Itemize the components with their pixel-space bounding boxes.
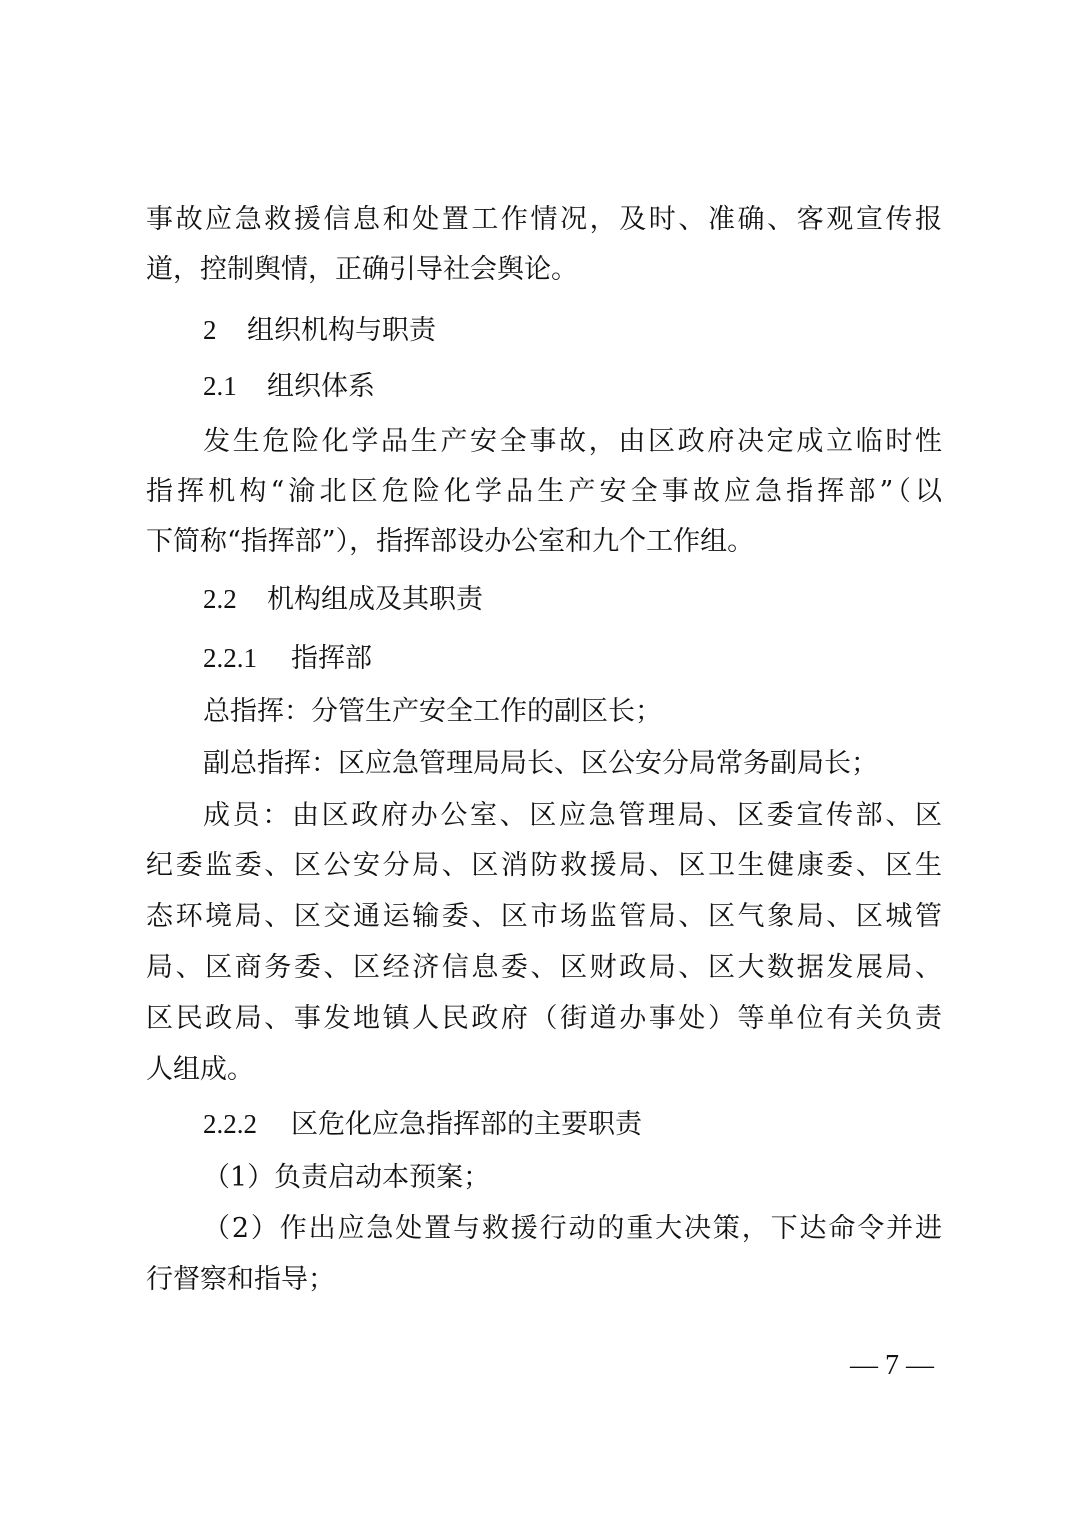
paragraph-line: 指挥机构“渝北区危险化学品生产安全事故应急指挥部”（以 (146, 474, 942, 510)
paragraph-line: 道，控制舆情，正确引导社会舆论。 (146, 252, 942, 288)
section-title: 组织机构与职责 (247, 315, 436, 346)
duty-item: 行督察和指导； (146, 1262, 942, 1298)
members-line: 成员：由区政府办公室、区应急管理局、区委宣传部、区 (203, 798, 942, 834)
paragraph-line: 下简称“指挥部”），指挥部设办公室和九个工作组。 (146, 524, 942, 560)
members-line: 局、区商务委、区经济信息委、区财政局、区大数据发展局、 (146, 950, 942, 986)
section-title: 指挥部 (291, 643, 372, 674)
section-number: 2.2.2 (203, 1106, 291, 1142)
deputy-commander-line: 副总指挥：区应急管理局局长、区公安分局常务副局长； (203, 746, 942, 782)
section-number: 2.1 (203, 368, 267, 404)
paragraph-line: 发生危险化学品生产安全事故，由区政府决定成立临时性 (203, 424, 942, 460)
section-number: 2.2 (203, 581, 267, 617)
paragraph-line: 事故应急救援信息和处置工作情况，及时、准确、客观宣传报 (146, 202, 942, 238)
section-heading-2-2-1: 2.2.1指挥部 (203, 640, 942, 677)
duty-item: （2）作出应急处置与救援行动的重大决策，下达命令并进 (203, 1211, 942, 1247)
section-number: 2.2.1 (203, 640, 291, 676)
members-line: 区民政局、事发地镇人民政府（街道办事处）等单位有关负责 (146, 1001, 942, 1037)
members-line: 人组成。 (146, 1052, 942, 1088)
page-number: — 7 — (850, 1348, 934, 1384)
section-title: 组织体系 (267, 371, 375, 402)
duty-item: （1）负责启动本预案； (203, 1160, 942, 1196)
section-heading-2-2-2: 2.2.2区危化应急指挥部的主要职责 (203, 1106, 942, 1143)
members-line: 态环境局、区交通运输委、区市场监管局、区气象局、区城管 (146, 899, 942, 935)
section-title: 机构组成及其职责 (267, 584, 483, 615)
document-page: 事故应急救援信息和处置工作情况，及时、准确、客观宣传报 道，控制舆情，正确引导社… (0, 0, 1074, 1520)
section-title: 区危化应急指挥部的主要职责 (291, 1109, 642, 1140)
section-heading-2-2: 2.2机构组成及其职责 (203, 581, 942, 618)
members-line: 纪委监委、区公安分局、区消防救援局、区卫生健康委、区生 (146, 848, 942, 884)
section-heading-2-1: 2.1组织体系 (203, 368, 942, 405)
commander-line: 总指挥：分管生产安全工作的副区长； (203, 694, 942, 730)
section-heading-2: 2组织机构与职责 (203, 312, 942, 349)
section-number: 2 (203, 312, 247, 348)
